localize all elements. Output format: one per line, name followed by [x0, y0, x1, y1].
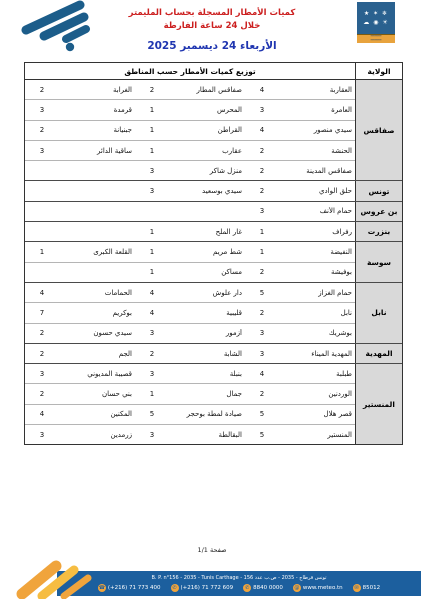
table-row: الحنشة2عقارب1ساقية الدائر3 — [25, 141, 355, 161]
wilaya-group: صفاقسالعقاربة4صفاقس المطار2الغرابة2العام… — [25, 80, 402, 181]
rain-value: 1 — [245, 248, 279, 256]
region-name: حمام الغزاز — [279, 289, 355, 297]
region-name: زرمدين — [59, 431, 135, 439]
rain-value: 3 — [245, 329, 279, 337]
rain-value: 3 — [245, 106, 279, 114]
rain-value: 3 — [25, 147, 59, 155]
region-name: الحمامات — [59, 289, 135, 297]
region-name: المحرس — [169, 106, 245, 114]
region-name: النفيضة — [279, 248, 355, 256]
rain-value: 3 — [245, 207, 279, 215]
rain-value: 5 — [245, 289, 279, 297]
rain-table-body: صفاقسالعقاربة4صفاقس المطار2الغرابة2العام… — [25, 80, 402, 444]
region-name: رفراف — [279, 228, 355, 236]
wilaya-group: بنزرترفراف1غار الملح1 — [25, 222, 402, 242]
rain-value: 5 — [245, 410, 279, 418]
footer-address: B. P. n°156 - 2035 - Tunis Carthage - تو… — [57, 575, 421, 582]
wilaya-rows: حلق الوادي2سيدي بوسعيد3 — [25, 181, 355, 200]
region-name: المهدية الميناء — [279, 350, 355, 358]
region-name: دار علوش — [169, 289, 245, 297]
rain-value: 3 — [135, 370, 169, 378]
rain-value: 4 — [245, 370, 279, 378]
region-name: قصر هلال — [279, 410, 355, 418]
rain-value: 1 — [135, 390, 169, 398]
table-row: المنستير5البقالطة3زرمدين3 — [25, 425, 355, 444]
rain-value: 3 — [135, 167, 169, 175]
rain-value: 3 — [25, 370, 59, 378]
rainfall-table: الولاية توزيع كميات الأمطار حسب المناطق … — [24, 62, 403, 445]
footer-bar: B. P. n°156 - 2035 - Tunis Carthage - تو… — [57, 571, 421, 596]
table-row: العامرة3المحرس1قرمدة3 — [25, 100, 355, 120]
rain-value: 3 — [135, 187, 169, 195]
rain-value: 1 — [135, 268, 169, 276]
region-name: حمام الأنف — [279, 207, 355, 215]
table-row: العقاربة4صفاقس المطار2الغرابة2 — [25, 80, 355, 100]
rain-value: 2 — [25, 86, 59, 94]
footer-contacts: ☎(+216) 71 773 400✆(+216) 71 772 609✆884… — [57, 584, 421, 592]
wilaya-label: تونس — [355, 181, 402, 200]
wilaya-label: المهدية — [355, 344, 402, 363]
rain-value: 2 — [25, 390, 59, 398]
report-title-line1: كميات الأمطار المسجلة بحساب المليمتر — [0, 7, 424, 20]
rain-value: 1 — [25, 248, 59, 256]
rain-value: 3 — [245, 350, 279, 358]
wilaya-group: تونسحلق الوادي2سيدي بوسعيد3 — [25, 181, 402, 201]
table-row: النفيضة1شط مريم1القلعة الكبرى1 — [25, 242, 355, 262]
region-name: جبنيانة — [59, 126, 135, 134]
rain-value: 7 — [25, 309, 59, 317]
rain-value: 1 — [135, 106, 169, 114]
region-name: بوكريم — [59, 309, 135, 317]
rain-value: 4 — [245, 126, 279, 134]
rain-value: 2 — [25, 126, 59, 134]
wilaya-rows: طبلبة4بنبلة3قصيبة المديوني3الوردنين2جمال… — [25, 364, 355, 444]
region-name: مساكن — [169, 268, 245, 276]
wilaya-rows: النفيضة1شط مريم1القلعة الكبرى1بوفيشة2مسا… — [25, 242, 355, 282]
report-page: ★ ✶ ❄☁ ◉ ☀ ━━━━━━━━━━━━ كميات الأمطار ال… — [0, 0, 424, 600]
region-name: سيدي بوسعيد — [169, 187, 245, 195]
rain-value: 3 — [135, 329, 169, 337]
regions-column-header: توزيع كميات الأمطار حسب المناطق — [25, 63, 355, 79]
rain-value: 4 — [135, 309, 169, 317]
region-name: الغرابة — [59, 86, 135, 94]
rain-value: 3 — [25, 106, 59, 114]
rain-value: 1 — [135, 228, 169, 236]
wilaya-label: بنزرت — [355, 222, 402, 241]
wilaya-rows: حمام الأنف3 — [25, 202, 355, 221]
region-name: صفاقس المطار — [169, 86, 245, 94]
page-number: صفحة 1/1 — [0, 546, 424, 554]
rain-value: 2 — [245, 187, 279, 195]
contact-item: ✆8840 0000 — [243, 584, 283, 592]
rain-value: 2 — [25, 329, 59, 337]
region-name: القراطن — [169, 126, 245, 134]
region-name: عقارب — [169, 147, 245, 155]
call-icon: ✆ — [243, 584, 251, 592]
wilaya-group: بن عروسحمام الأنف3 — [25, 202, 402, 222]
report-date: الأربعاء 24 ديسمبر 2025 — [0, 40, 424, 52]
table-row: بوشريك3أزمور3سيدي حسون2 — [25, 324, 355, 343]
rain-value: 5 — [245, 431, 279, 439]
rain-value: 2 — [135, 86, 169, 94]
region-name: سيدي منصور — [279, 126, 355, 134]
rain-value: 2 — [25, 350, 59, 358]
rain-value: 4 — [135, 289, 169, 297]
region-name: بوشريك — [279, 329, 355, 337]
contact-item: ✉85012 — [353, 584, 381, 592]
wilaya-group: المهديةالمهدية الميناء3الشابة2الجم2 — [25, 344, 402, 364]
rain-value: 3 — [25, 431, 59, 439]
region-name: ساقية الدائر — [59, 147, 135, 155]
postal-icon: ✉ — [353, 584, 361, 592]
rain-value: 4 — [25, 410, 59, 418]
contact-text: (+216) 71 772 609 — [181, 585, 234, 591]
region-name: الشابة — [169, 350, 245, 358]
website-icon: @ — [293, 584, 301, 592]
wilaya-label: سوسة — [355, 242, 402, 282]
region-name: نابل — [279, 309, 355, 317]
rain-value: 4 — [25, 289, 59, 297]
wilaya-group: المنستيرطبلبة4بنبلة3قصيبة المديوني3الورد… — [25, 364, 402, 444]
region-name: سيدي حسون — [59, 329, 135, 337]
region-name: شط مريم — [169, 248, 245, 256]
table-row: حلق الوادي2سيدي بوسعيد3 — [25, 181, 355, 200]
report-title-line2: خلال 24 ساعة الفارطة — [0, 20, 424, 33]
rain-value: 3 — [135, 431, 169, 439]
region-name: طبلبة — [279, 370, 355, 378]
wilaya-rows: المهدية الميناء3الشابة2الجم2 — [25, 344, 355, 363]
wilaya-label: نابل — [355, 283, 402, 343]
footer-stripes-icon — [14, 557, 100, 600]
table-row: طبلبة4بنبلة3قصيبة المديوني3 — [25, 364, 355, 384]
region-name: بني حسان — [59, 390, 135, 398]
table-row: حمام الأنف3 — [25, 202, 355, 221]
table-row: الوردنين2جمال1بني حسان2 — [25, 384, 355, 404]
region-name: قصيبة المديوني — [59, 370, 135, 378]
rain-value: 5 — [135, 410, 169, 418]
region-name: جمال — [169, 390, 245, 398]
wilaya-group: نابلحمام الغزاز5دار علوش4الحمامات4نابل2ق… — [25, 283, 402, 344]
contact-item: ✆(+216) 71 772 609 — [171, 584, 234, 592]
table-row: قصر هلال5صيادة لمطة بوحجر5المكنين4 — [25, 405, 355, 425]
contact-text: (+216) 71 773 400 — [108, 585, 161, 591]
region-name: العامرة — [279, 106, 355, 114]
rain-value: 2 — [245, 390, 279, 398]
contact-item: @www.meteo.tn — [293, 584, 343, 592]
region-name: غار الملح — [169, 228, 245, 236]
region-name: الحنشة — [279, 147, 355, 155]
table-row: صفاقس المدينة2منزل شاكر3 — [25, 161, 355, 180]
region-name: أزمور — [169, 329, 245, 337]
table-row: حمام الغزاز5دار علوش4الحمامات4 — [25, 283, 355, 303]
contact-text: www.meteo.tn — [303, 585, 343, 591]
table-row: نابل2قليبية4بوكريم7 — [25, 303, 355, 323]
table-header-row: الولاية توزيع كميات الأمطار حسب المناطق — [25, 63, 402, 80]
wilaya-rows: رفراف1غار الملح1 — [25, 222, 355, 241]
contact-item: ☎(+216) 71 773 400 — [98, 584, 161, 592]
wilaya-label: المنستير — [355, 364, 402, 444]
table-row: بوفيشة2مساكن1 — [25, 263, 355, 282]
region-name: المكنين — [59, 410, 135, 418]
wilaya-label: بن عروس — [355, 202, 402, 221]
region-name: بنبلة — [169, 370, 245, 378]
region-name: بوفيشة — [279, 268, 355, 276]
rain-value: 1 — [245, 228, 279, 236]
wilaya-column-header: الولاية — [355, 63, 402, 79]
table-row: سيدي منصور4القراطن1جبنيانة2 — [25, 121, 355, 141]
rain-value: 2 — [245, 268, 279, 276]
region-name: منزل شاكر — [169, 167, 245, 175]
table-row: رفراف1غار الملح1 — [25, 222, 355, 241]
contact-text: 85012 — [363, 585, 381, 591]
wilaya-rows: العقاربة4صفاقس المطار2الغرابة2العامرة3ال… — [25, 80, 355, 180]
rain-value: 1 — [135, 248, 169, 256]
rain-value: 2 — [135, 350, 169, 358]
region-name: صيادة لمطة بوحجر — [169, 410, 245, 418]
region-name: حلق الوادي — [279, 187, 355, 195]
region-name: صفاقس المدينة — [279, 167, 355, 175]
rain-value: 2 — [245, 147, 279, 155]
rain-value: 1 — [135, 147, 169, 155]
rain-value: 1 — [135, 126, 169, 134]
rain-value: 4 — [245, 86, 279, 94]
wilaya-rows: حمام الغزاز5دار علوش4الحمامات4نابل2قليبي… — [25, 283, 355, 343]
region-name: العقاربة — [279, 86, 355, 94]
region-name: القلعة الكبرى — [59, 248, 135, 256]
region-name: الوردنين — [279, 390, 355, 398]
rain-value: 2 — [245, 309, 279, 317]
region-name: المنستير — [279, 431, 355, 439]
region-name: البقالطة — [169, 431, 245, 439]
region-name: الجم — [59, 350, 135, 358]
region-name: قليبية — [169, 309, 245, 317]
contact-text: 8840 0000 — [253, 585, 283, 591]
table-row: المهدية الميناء3الشابة2الجم2 — [25, 344, 355, 363]
header-titles: كميات الأمطار المسجلة بحساب المليمتر خلا… — [0, 7, 424, 52]
fax-icon: ✆ — [171, 584, 179, 592]
wilaya-label: صفاقس — [355, 80, 402, 180]
rain-value: 2 — [245, 167, 279, 175]
wilaya-group: سوسةالنفيضة1شط مريم1القلعة الكبرى1بوفيشة… — [25, 242, 402, 283]
region-name: قرمدة — [59, 106, 135, 114]
